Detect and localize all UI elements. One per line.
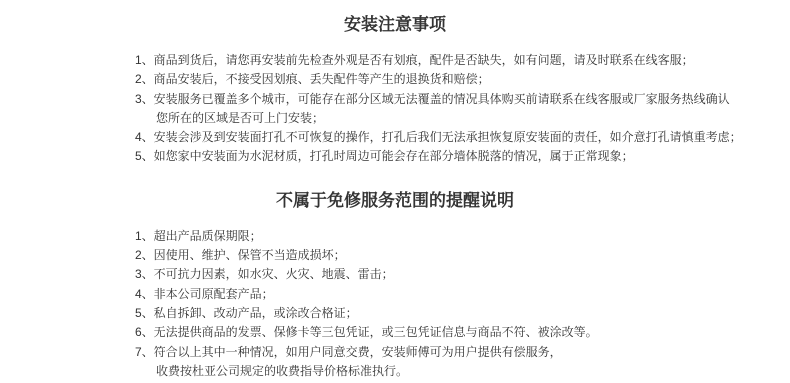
list-item-7: 7、符合以上其中一种情况，如用户同意交费，安装师傅可为用户提供有偿服务， bbox=[135, 343, 790, 362]
list-item-3: 3、安装服务已覆盖多个城市，可能存在部分区域无法覆盖的情况具体购买前请联系在线客… bbox=[135, 90, 790, 109]
list-item-2: 2、因使用、维护、保管不当造成损坏； bbox=[135, 246, 790, 265]
list-item-1: 1、商品到货后，请您再安装前先检查外观是否有划痕，配件是否缺失，如有问题，请及时… bbox=[135, 51, 790, 70]
list-item-4: 4、非本公司原配套产品； bbox=[135, 285, 790, 304]
document-page: 安装注意事项 1、商品到货后，请您再安装前先检查外观是否有划痕，配件是否缺失，如… bbox=[0, 0, 790, 383]
non-free-repair-list: 1、超出产品质保期限； 2、因使用、维护、保管不当造成损坏； 3、不可抗力因素，… bbox=[135, 227, 790, 381]
list-item-5: 5、私自拆卸、改动产品，或涂改合格证； bbox=[135, 304, 790, 323]
list-item-3: 3、不可抗力因素，如水灾、火灾、地震、雷击； bbox=[135, 265, 790, 284]
list-item-1: 1、超出产品质保期限； bbox=[135, 227, 790, 246]
installation-notes-list: 1、商品到货后，请您再安装前先检查外观是否有划痕，配件是否缺失，如有问题，请及时… bbox=[135, 51, 790, 167]
non-free-repair-title: 不属于免修服务范围的提醒说明 bbox=[0, 190, 790, 211]
list-item-6: 6、无法提供商品的发票、保修卡等三包凭证，或三包凭证信息与商品不符、被涂改等。 bbox=[135, 323, 790, 342]
list-item-2: 2、商品安装后，不接受因划痕、丢失配件等产生的退换货和赔偿； bbox=[135, 70, 790, 89]
list-item-7-continuation: 收费按杜亚公司规定的收费指导价格标准执行。 bbox=[135, 362, 790, 381]
list-item-4: 4、安装会涉及到安装面打孔不可恢复的操作，打孔后我们无法承担恢复原安装面的责任，… bbox=[135, 128, 790, 147]
list-item-5: 5、如您家中安装面为水泥材质，打孔时周边可能会存在部分墙体脱落的情况，属于正常现… bbox=[135, 147, 790, 166]
list-item-3-continuation: 您所在的区域是否可上门安装； bbox=[135, 109, 790, 128]
installation-notes-title: 安装注意事项 bbox=[0, 0, 790, 35]
